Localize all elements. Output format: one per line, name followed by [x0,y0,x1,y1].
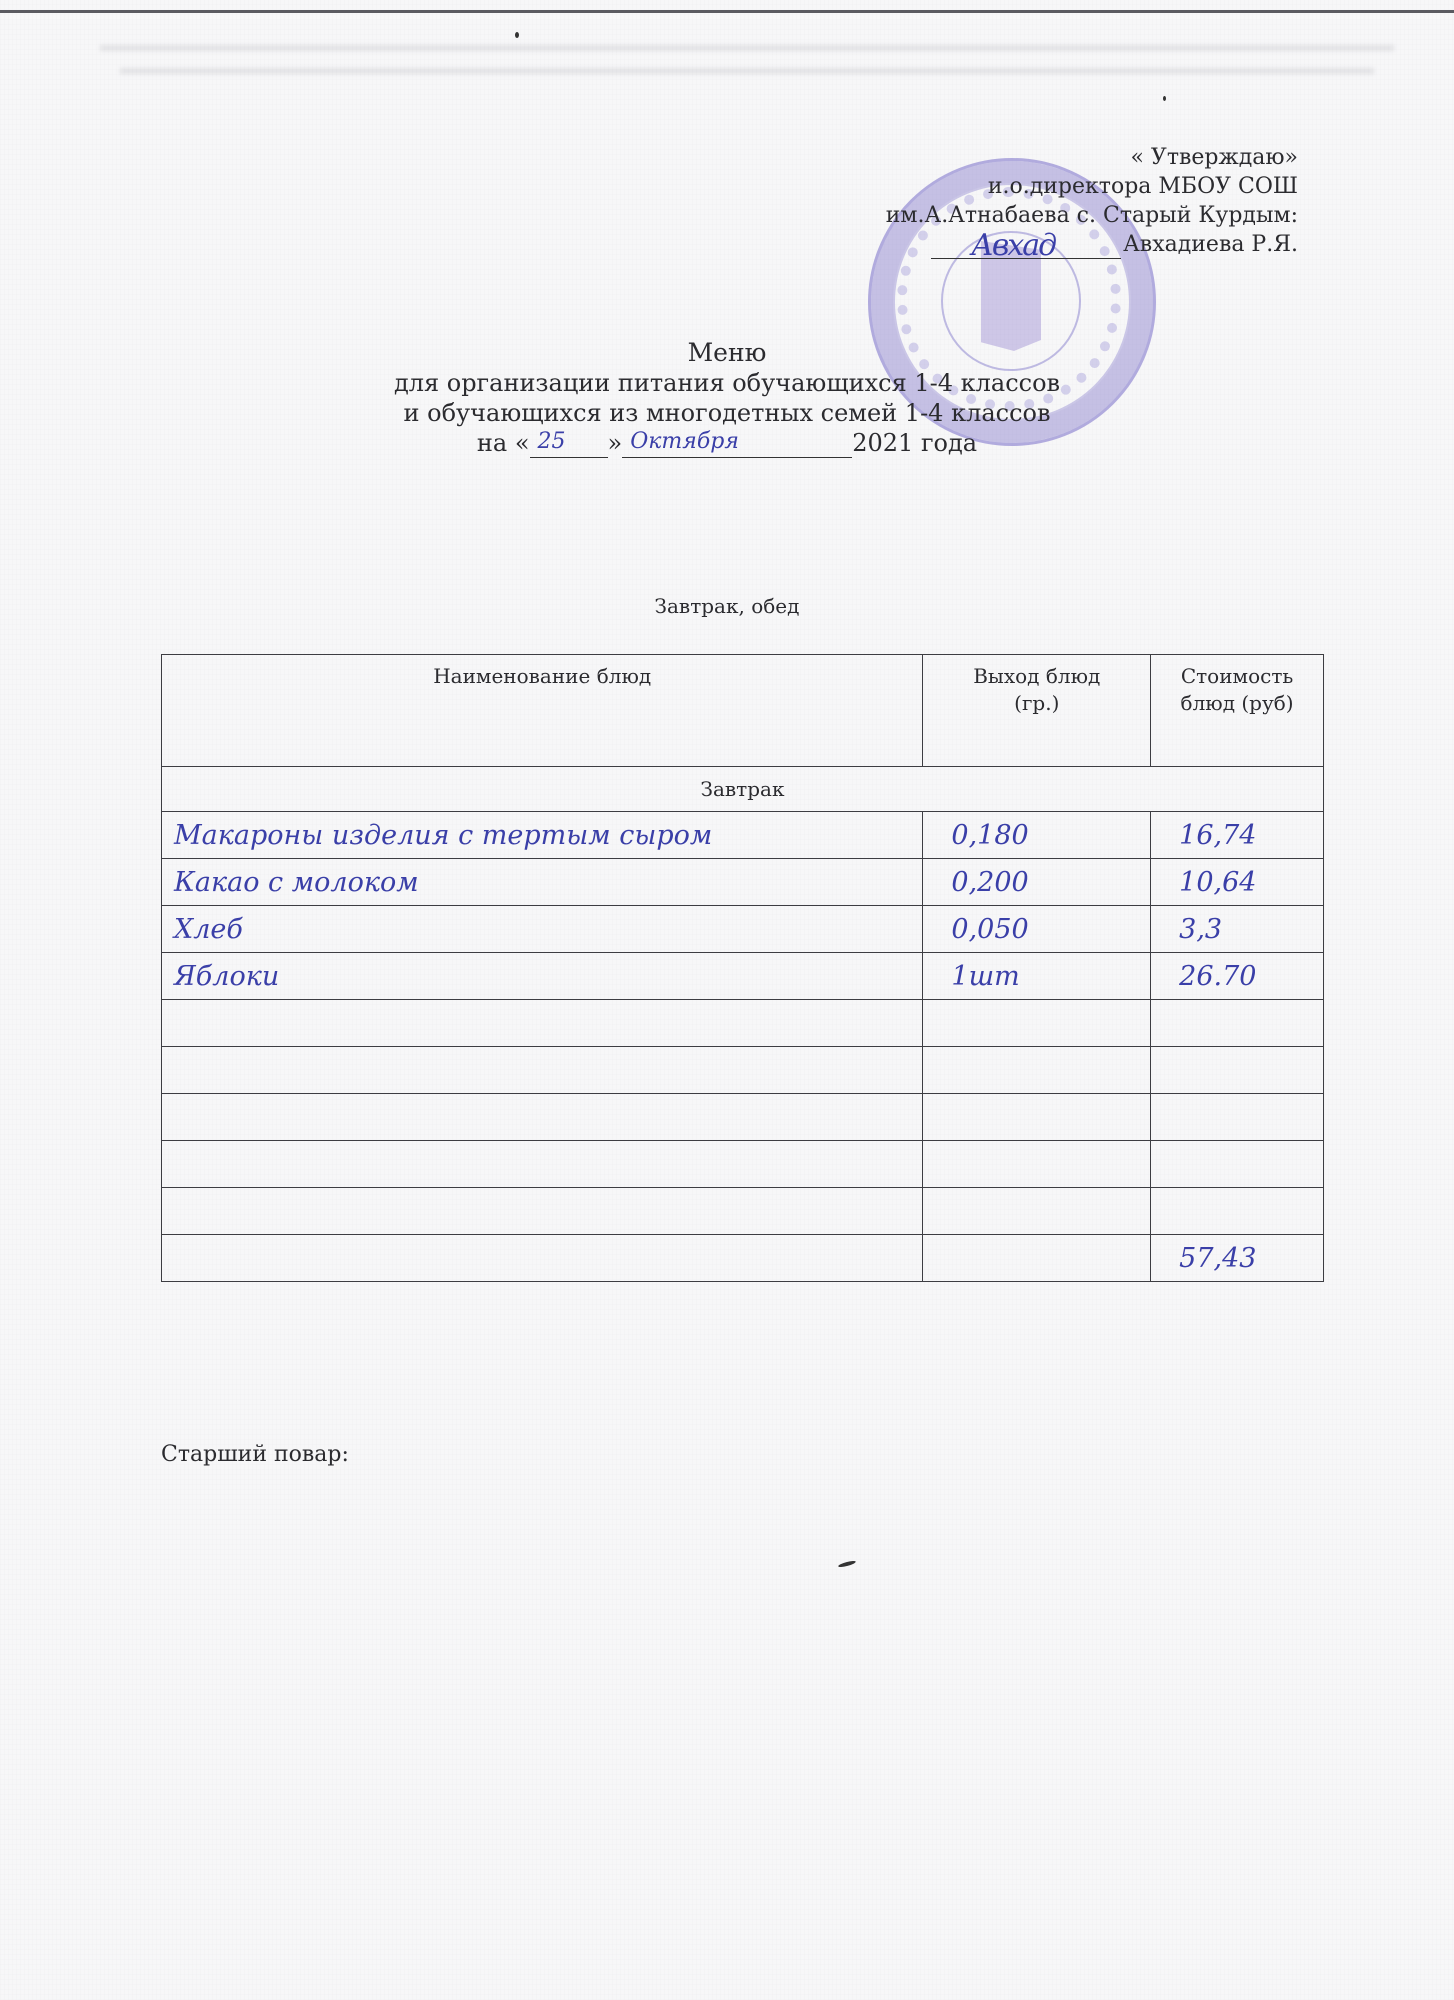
handwritten-yield [923,1196,951,1227]
cell-yield: 0,200 [923,859,1151,906]
cell-cost [1151,1188,1324,1235]
approval-school: им.А.Атнабаева с. Старый Курдым: [886,201,1298,230]
cell-cost [1151,1094,1324,1141]
chef-label: Старший повар: [161,1442,349,1467]
table-row: Какао с молоком0,20010,64 [162,859,1324,906]
handwritten-yield: 1шт [923,961,1019,992]
date-mid: » [608,429,623,457]
handwritten-name: Яблоки [162,961,279,992]
handwritten-cost [1151,1102,1179,1133]
scan-bleed [100,45,1394,51]
section-row: Завтрак [162,767,1324,812]
cell-name: Макароны изделия с тертым сыром [162,812,923,859]
handwritten-yield [923,1008,951,1039]
cell-cost [1151,1000,1324,1047]
handwritten-cost: 10,64 [1151,867,1256,898]
table-header-row: Наименование блюд Выход блюд (гр.) Стоим… [162,655,1324,767]
table-row: Хлеб 0,0503,3 [162,906,1324,953]
cell-yield [923,1141,1151,1188]
handwritten-cost: 3,3 [1151,914,1222,945]
cell-cost: 26.70 [1151,953,1324,1000]
document-title: Меню для организации питания обучающихся… [0,338,1454,458]
header-yield: Выход блюд (гр.) [923,655,1151,767]
scan-bleed [120,68,1374,74]
signature-field: Авхад [931,236,1121,259]
handwritten-name [162,1055,174,1086]
title-date: на «25»Октября2021 года [0,428,1454,458]
cell-yield: 1шт [923,953,1151,1000]
handwritten-name: Хлеб [162,914,243,945]
handwritten-cost: 57,43 [1151,1243,1256,1274]
cell-name [162,1141,923,1188]
header-yield-text: Выход блюд (гр.) [967,663,1107,717]
handwritten-name [162,1243,174,1274]
handwritten-name: Макароны изделия с тертым сыром [162,820,712,851]
cell-cost: 57,43 [1151,1235,1324,1282]
date-month-field: Октября [622,431,852,458]
table-row: Яблоки1шт26.70 [162,953,1324,1000]
title-subline-1: для организации питания обучающихся 1-4 … [0,368,1454,398]
cell-name [162,1235,923,1282]
cell-cost [1151,1141,1324,1188]
handwritten-cost [1151,1008,1179,1039]
menu-table: Наименование блюд Выход блюд (гр.) Стоим… [161,654,1324,1282]
cell-cost: 10,64 [1151,859,1324,906]
cell-cost: 16,74 [1151,812,1324,859]
handwritten-yield [923,1055,951,1086]
handwritten-yield [923,1149,951,1180]
cell-name: Какао с молоком [162,859,923,906]
handwritten-name [162,1102,174,1133]
approval-signature-line: Авхад Авхадиева Р.Я. [886,230,1298,259]
date-day: 25 [538,427,566,457]
scan-speck [1163,96,1166,101]
handwritten-yield: 0,050 [923,914,1028,945]
date-suffix: 2021 года [852,429,977,457]
handwritten-cost: 16,74 [1151,820,1256,851]
scan-edge [0,10,1454,13]
cell-name: Яблоки [162,953,923,1000]
handwritten-cost [1151,1055,1179,1086]
header-cost-text: Стоимость блюд (руб) [1177,663,1297,717]
cell-yield: 0,180 [923,812,1151,859]
handwritten-yield [923,1102,951,1133]
table-row [162,1094,1324,1141]
date-prefix: на « [477,429,530,457]
cell-yield [923,1094,1151,1141]
cell-yield [923,1000,1151,1047]
cell-name [162,1000,923,1047]
title-heading: Меню [0,338,1454,368]
approval-heading: « Утверждаю» [886,143,1298,172]
header-cost: Стоимость блюд (руб) [1151,655,1324,767]
cell-name [162,1094,923,1141]
handwritten-name: Какао с молоком [162,867,419,898]
cell-yield [923,1047,1151,1094]
date-month: Октября [630,427,739,457]
table-row [162,1141,1324,1188]
scan-speck [515,32,519,38]
date-day-field: 25 [530,431,608,458]
cell-name: Хлеб [162,906,923,953]
cell-name [162,1047,923,1094]
handwritten-yield: 0,180 [923,820,1028,851]
table-row: 57,43 [162,1235,1324,1282]
header-name: Наименование блюд [162,655,923,767]
handwritten-yield: 0,200 [923,867,1028,898]
table-row [162,1047,1324,1094]
section-title: Завтрак [162,767,1324,812]
approval-block: « Утверждаю» и.о.директора МБОУ СОШ им.А… [886,143,1298,259]
meals-label: Завтрак, обед [0,594,1454,618]
cell-yield [923,1188,1151,1235]
table-row: Макароны изделия с тертым сыром0,18016,7… [162,812,1324,859]
handwritten-cost: 26.70 [1151,961,1256,992]
scan-speck [838,1560,856,1569]
handwritten-name [162,1149,174,1180]
handwritten-cost [1151,1149,1179,1180]
handwritten-name [162,1196,174,1227]
cell-yield: 0,050 [923,906,1151,953]
handwritten-cost [1151,1196,1179,1227]
cell-cost: 3,3 [1151,906,1324,953]
handwritten-name [162,1008,174,1039]
table-row [162,1188,1324,1235]
cell-yield [923,1235,1151,1282]
table-row [162,1000,1324,1047]
handwritten-yield [923,1243,951,1274]
cell-name [162,1188,923,1235]
signature: Авхад [971,231,1055,260]
title-subline-2: и обучающихся из многодетных семей 1-4 к… [0,398,1454,428]
cell-cost [1151,1047,1324,1094]
approval-position: и.о.директора МБОУ СОШ [886,172,1298,201]
signatory-name: Авхадиева Р.Я. [1123,232,1298,257]
